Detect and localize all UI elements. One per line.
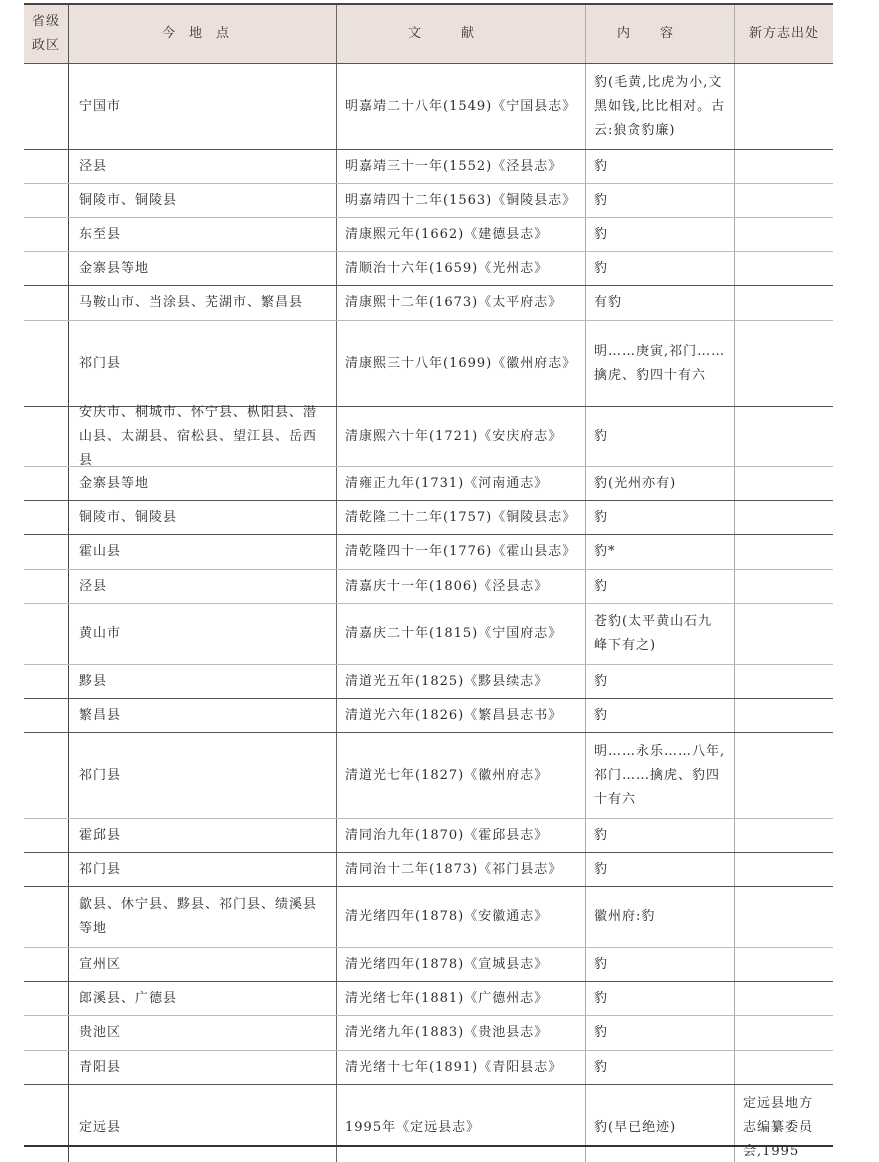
cell-new-gazetteer-source bbox=[734, 853, 833, 886]
cell-new-gazetteer-source bbox=[734, 252, 833, 285]
cell-content: 豹 bbox=[585, 252, 734, 285]
cell-new-gazetteer-source bbox=[734, 887, 833, 947]
cell-province bbox=[24, 1085, 68, 1162]
cell-place: 泾县 bbox=[68, 570, 336, 603]
cell-literature: 清嘉庆二十年(1815)《宁国府志》 bbox=[336, 604, 585, 664]
cell-province bbox=[24, 1051, 68, 1084]
cell-place: 霍邱县 bbox=[68, 819, 336, 852]
cell-place: 郎溪县、广德县 bbox=[68, 982, 336, 1015]
table-row: 铜陵市、铜陵县 清乾隆二十二年(1757)《铜陵县志》 豹 bbox=[24, 500, 833, 534]
cell-province bbox=[24, 218, 68, 251]
table-row: 铜陵市、铜陵县 明嘉靖四十二年(1563)《铜陵县志》 豹 bbox=[24, 183, 833, 217]
table-row: 马鞍山市、当涂县、芜湖市、繁昌县 清康熙十二年(1673)《太平府志》 有豹 bbox=[24, 285, 833, 320]
table-row: 祁门县 清道光七年(1827)《徽州府志》 明……永乐……八年,祁门……擒虎、豹… bbox=[24, 732, 833, 818]
table-row: 郎溪县、广德县 清光绪七年(1881)《广德州志》 豹 bbox=[24, 981, 833, 1015]
table-row: 泾县 清嘉庆十一年(1806)《泾县志》 豹 bbox=[24, 569, 833, 603]
cell-content: 豹 bbox=[585, 501, 734, 534]
cell-new-gazetteer-source bbox=[734, 570, 833, 603]
cell-province bbox=[24, 1016, 68, 1050]
cell-content: 苍豹(太平黄山石九峰下有之) bbox=[585, 604, 734, 664]
cell-content: 明……永乐……八年,祁门……擒虎、豹四十有六 bbox=[585, 733, 734, 818]
cell-province bbox=[24, 321, 68, 406]
cell-new-gazetteer-source bbox=[734, 150, 833, 183]
table-row: 青阳县 清光绪十七年(1891)《青阳县志》 豹 bbox=[24, 1050, 833, 1084]
cell-province bbox=[24, 982, 68, 1015]
cell-place: 贵池区 bbox=[68, 1016, 336, 1050]
cell-province bbox=[24, 535, 68, 569]
cell-content: 豹 bbox=[585, 853, 734, 886]
cell-content: 明……庚寅,祁门……擒虎、豹四十有六 bbox=[585, 321, 734, 406]
cell-province bbox=[24, 501, 68, 534]
cell-place: 东至县 bbox=[68, 218, 336, 251]
cell-literature: 1995年《定远县志》 bbox=[336, 1085, 585, 1162]
cell-new-gazetteer-source bbox=[734, 535, 833, 569]
cell-new-gazetteer-source bbox=[734, 501, 833, 534]
cell-place: 泾县 bbox=[68, 150, 336, 183]
cell-content: 豹 bbox=[585, 665, 734, 698]
cell-place: 黄山市 bbox=[68, 604, 336, 664]
table-body: 宁国市 明嘉靖二十八年(1549)《宁国县志》 豹(毛黄,比虎为小,文黑如钱,比… bbox=[24, 64, 833, 1162]
cell-place: 黟县 bbox=[68, 665, 336, 698]
cell-province bbox=[24, 407, 68, 466]
cell-literature: 清道光七年(1827)《徽州府志》 bbox=[336, 733, 585, 818]
cell-province bbox=[24, 604, 68, 664]
cell-literature: 明嘉靖二十八年(1549)《宁国县志》 bbox=[336, 64, 585, 149]
cell-place: 歙县、休宁县、黟县、祁门县、绩溪县等地 bbox=[68, 887, 336, 947]
cell-content: 豹(早已绝迹) bbox=[585, 1085, 734, 1162]
cell-content: 豹 bbox=[585, 184, 734, 217]
cell-literature: 清顺治十六年(1659)《光州志》 bbox=[336, 252, 585, 285]
table-row: 歙县、休宁县、黟县、祁门县、绩溪县等地 清光绪四年(1878)《安徽通志》 徽州… bbox=[24, 886, 833, 947]
cell-new-gazetteer-source bbox=[734, 819, 833, 852]
cell-literature: 清同治九年(1870)《霍邱县志》 bbox=[336, 819, 585, 852]
cell-new-gazetteer-source bbox=[734, 982, 833, 1015]
header-province-line1: 省级 bbox=[32, 10, 60, 34]
cell-content: 徽州府:豹 bbox=[585, 887, 734, 947]
cell-province bbox=[24, 570, 68, 603]
cell-content: 豹 bbox=[585, 150, 734, 183]
cell-place: 繁昌县 bbox=[68, 699, 336, 732]
cell-place: 定远县 bbox=[68, 1085, 336, 1162]
cell-place: 青阳县 bbox=[68, 1051, 336, 1084]
cell-province bbox=[24, 733, 68, 818]
cell-literature: 清嘉庆十一年(1806)《泾县志》 bbox=[336, 570, 585, 603]
cell-new-gazetteer-source bbox=[734, 665, 833, 698]
header-province: 省级 政区 bbox=[24, 5, 68, 63]
cell-content: 豹 bbox=[585, 1051, 734, 1084]
table-row: 霍山县 清乾隆四十一年(1776)《霍山县志》 豹* bbox=[24, 534, 833, 569]
cell-literature: 清乾隆四十一年(1776)《霍山县志》 bbox=[336, 535, 585, 569]
cell-literature: 清光绪四年(1878)《安徽通志》 bbox=[336, 887, 585, 947]
cell-province bbox=[24, 184, 68, 217]
header-place: 今地点 bbox=[68, 5, 336, 63]
cell-province bbox=[24, 948, 68, 981]
table-row: 黄山市 清嘉庆二十年(1815)《宁国府志》 苍豹(太平黄山石九峰下有之) bbox=[24, 603, 833, 664]
cell-place: 安庆市、桐城市、怀宁县、枞阳县、潜山县、太湖县、宿松县、望江县、岳西县 bbox=[68, 407, 336, 466]
table-row: 贵池区 清光绪九年(1883)《贵池县志》 豹 bbox=[24, 1015, 833, 1050]
header-literature: 文献 bbox=[336, 5, 585, 63]
cell-literature: 清道光五年(1825)《黟县续志》 bbox=[336, 665, 585, 698]
cell-province bbox=[24, 887, 68, 947]
cell-place: 祁门县 bbox=[68, 733, 336, 818]
cell-content: 豹(光州亦有) bbox=[585, 467, 734, 500]
cell-content: 豹 bbox=[585, 982, 734, 1015]
table-row: 祁门县 清康熙三十八年(1699)《徽州府志》 明……庚寅,祁门……擒虎、豹四十… bbox=[24, 320, 833, 406]
cell-province bbox=[24, 699, 68, 732]
cell-content: 有豹 bbox=[585, 286, 734, 320]
cell-province bbox=[24, 64, 68, 149]
cell-new-gazetteer-source bbox=[734, 286, 833, 320]
cell-place: 金寨县等地 bbox=[68, 467, 336, 500]
cell-literature: 清雍正九年(1731)《河南通志》 bbox=[336, 467, 585, 500]
cell-content: 豹 bbox=[585, 1016, 734, 1050]
table-row: 东至县 清康熙元年(1662)《建德县志》 豹 bbox=[24, 217, 833, 251]
cell-content: 豹 bbox=[585, 407, 734, 466]
cell-literature: 清康熙六十年(1721)《安庆府志》 bbox=[336, 407, 585, 466]
cell-literature: 清道光六年(1826)《繁昌县志书》 bbox=[336, 699, 585, 732]
cell-new-gazetteer-source bbox=[734, 604, 833, 664]
header-new-gazetteer: 新方志出处 bbox=[734, 5, 833, 63]
cell-literature: 清康熙十二年(1673)《太平府志》 bbox=[336, 286, 585, 320]
cell-literature: 清光绪九年(1883)《贵池县志》 bbox=[336, 1016, 585, 1050]
cell-new-gazetteer-source bbox=[734, 184, 833, 217]
cell-place: 宣州区 bbox=[68, 948, 336, 981]
cell-new-gazetteer-source bbox=[734, 467, 833, 500]
table-row: 安庆市、桐城市、怀宁县、枞阳县、潜山县、太湖县、宿松县、望江县、岳西县 清康熙六… bbox=[24, 406, 833, 466]
cell-province bbox=[24, 252, 68, 285]
cell-place: 铜陵市、铜陵县 bbox=[68, 501, 336, 534]
cell-content: 豹(毛黄,比虎为小,文黑如钱,比比相对。古云:狼贪豹廉) bbox=[585, 64, 734, 149]
table-row: 宁国市 明嘉靖二十八年(1549)《宁国县志》 豹(毛黄,比虎为小,文黑如钱,比… bbox=[24, 64, 833, 149]
cell-literature: 清康熙元年(1662)《建德县志》 bbox=[336, 218, 585, 251]
table-row: 繁昌县 清道光六年(1826)《繁昌县志书》 豹 bbox=[24, 698, 833, 732]
cell-literature: 清乾隆二十二年(1757)《铜陵县志》 bbox=[336, 501, 585, 534]
cell-province bbox=[24, 150, 68, 183]
cell-literature: 清康熙三十八年(1699)《徽州府志》 bbox=[336, 321, 585, 406]
cell-new-gazetteer-source bbox=[734, 1016, 833, 1050]
table-row: 霍邱县 清同治九年(1870)《霍邱县志》 豹 bbox=[24, 818, 833, 852]
cell-content: 豹 bbox=[585, 819, 734, 852]
cell-province bbox=[24, 467, 68, 500]
cell-new-gazetteer-source bbox=[734, 407, 833, 466]
cell-literature: 明嘉靖四十二年(1563)《铜陵县志》 bbox=[336, 184, 585, 217]
cell-place: 马鞍山市、当涂县、芜湖市、繁昌县 bbox=[68, 286, 336, 320]
cell-content: 豹 bbox=[585, 218, 734, 251]
cell-content: 豹* bbox=[585, 535, 734, 569]
cell-content: 豹 bbox=[585, 699, 734, 732]
cell-literature: 清同治十二年(1873)《祁门县志》 bbox=[336, 853, 585, 886]
cell-new-gazetteer-source bbox=[734, 733, 833, 818]
cell-content: 豹 bbox=[585, 948, 734, 981]
table-row: 黟县 清道光五年(1825)《黟县续志》 豹 bbox=[24, 664, 833, 698]
header-province-line2: 政区 bbox=[32, 34, 60, 58]
cell-place: 铜陵市、铜陵县 bbox=[68, 184, 336, 217]
cell-new-gazetteer-source bbox=[734, 218, 833, 251]
cell-place: 霍山县 bbox=[68, 535, 336, 569]
cell-new-gazetteer-source bbox=[734, 1051, 833, 1084]
cell-content: 豹 bbox=[585, 570, 734, 603]
cell-new-gazetteer-source bbox=[734, 321, 833, 406]
cell-new-gazetteer-source: 定远县地方志编纂委员会,1995 bbox=[734, 1085, 833, 1162]
cell-province bbox=[24, 819, 68, 852]
cell-place: 金寨县等地 bbox=[68, 252, 336, 285]
header-content: 内容 bbox=[585, 5, 734, 63]
table-row: 宣州区 清光绪四年(1878)《宣城县志》 豹 bbox=[24, 947, 833, 981]
cell-new-gazetteer-source bbox=[734, 699, 833, 732]
table-row: 祁门县 清同治十二年(1873)《祁门县志》 豹 bbox=[24, 852, 833, 886]
cell-place: 祁门县 bbox=[68, 321, 336, 406]
table-row: 泾县 明嘉靖三十一年(1552)《泾县志》 豹 bbox=[24, 149, 833, 183]
gazetteer-table: 省级 政区 今地点 文献 内容 新方志出处 宁国市 明嘉靖二十八年(1549)《… bbox=[24, 3, 833, 1162]
cell-literature: 清光绪七年(1881)《广德州志》 bbox=[336, 982, 585, 1015]
cell-province bbox=[24, 665, 68, 698]
cell-new-gazetteer-source bbox=[734, 64, 833, 149]
table-row: 金寨县等地 清雍正九年(1731)《河南通志》 豹(光州亦有) bbox=[24, 466, 833, 500]
table-row: 定远县 1995年《定远县志》 豹(早已绝迹) 定远县地方志编纂委员会,1995 bbox=[24, 1084, 833, 1162]
cell-literature: 清光绪十七年(1891)《青阳县志》 bbox=[336, 1051, 585, 1084]
table-header: 省级 政区 今地点 文献 内容 新方志出处 bbox=[24, 5, 833, 64]
cell-literature: 明嘉靖三十一年(1552)《泾县志》 bbox=[336, 150, 585, 183]
cell-province bbox=[24, 853, 68, 886]
table-row: 金寨县等地 清顺治十六年(1659)《光州志》 豹 bbox=[24, 251, 833, 285]
cell-place: 祁门县 bbox=[68, 853, 336, 886]
cell-new-gazetteer-source bbox=[734, 948, 833, 981]
cell-province bbox=[24, 286, 68, 320]
cell-place: 宁国市 bbox=[68, 64, 336, 149]
cell-literature: 清光绪四年(1878)《宣城县志》 bbox=[336, 948, 585, 981]
table-bottom-rule bbox=[24, 1145, 833, 1147]
